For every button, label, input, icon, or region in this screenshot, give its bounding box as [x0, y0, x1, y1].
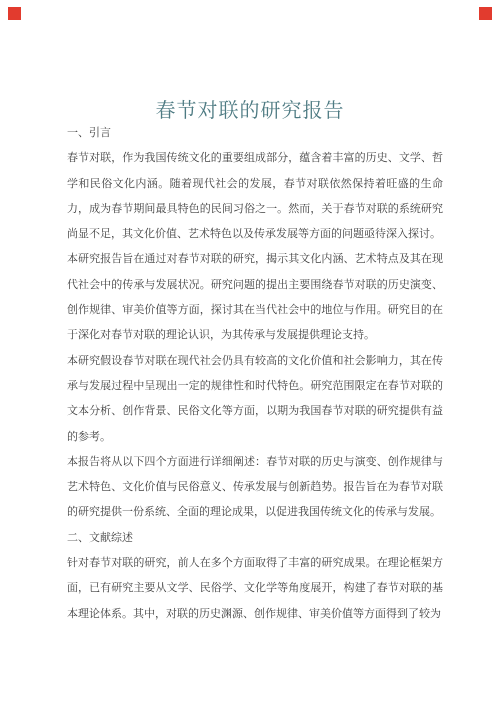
red-corner-marker-right — [479, 7, 492, 20]
paragraph: 本报告将从以下四个方面进行详细阐述：春节对联的历史与演变、创作规律与艺术特色、文… — [67, 450, 443, 526]
paragraph: 本研究假设春节对联在现代社会仍具有较高的文化价值和社会影响力，其在传承与发展过程… — [67, 349, 443, 450]
paragraph: 针对春节对联的研究，前人在多个方面取得了丰富的研究成果。在理论框架方面，已有研究… — [67, 551, 443, 627]
red-corner-marker-left — [8, 7, 21, 20]
paragraph: 春节对联，作为我国传统文化的重要组成部分，蕴含着丰富的历史、文学、哲学和民俗文化… — [67, 146, 443, 247]
document-body: 一、引言 春节对联，作为我国传统文化的重要组成部分，蕴含着丰富的历史、文学、哲学… — [67, 121, 443, 627]
section-heading-introduction: 一、引言 — [67, 121, 443, 146]
section-heading-literature-review: 二、文献综述 — [67, 526, 443, 551]
paragraph: 本研究报告旨在通过对春节对联的研究，揭示其文化内涵、艺术特点及其在现代社会中的传… — [67, 247, 443, 348]
document-page: { "page": { "background": "#ffffff", "co… — [0, 0, 500, 707]
